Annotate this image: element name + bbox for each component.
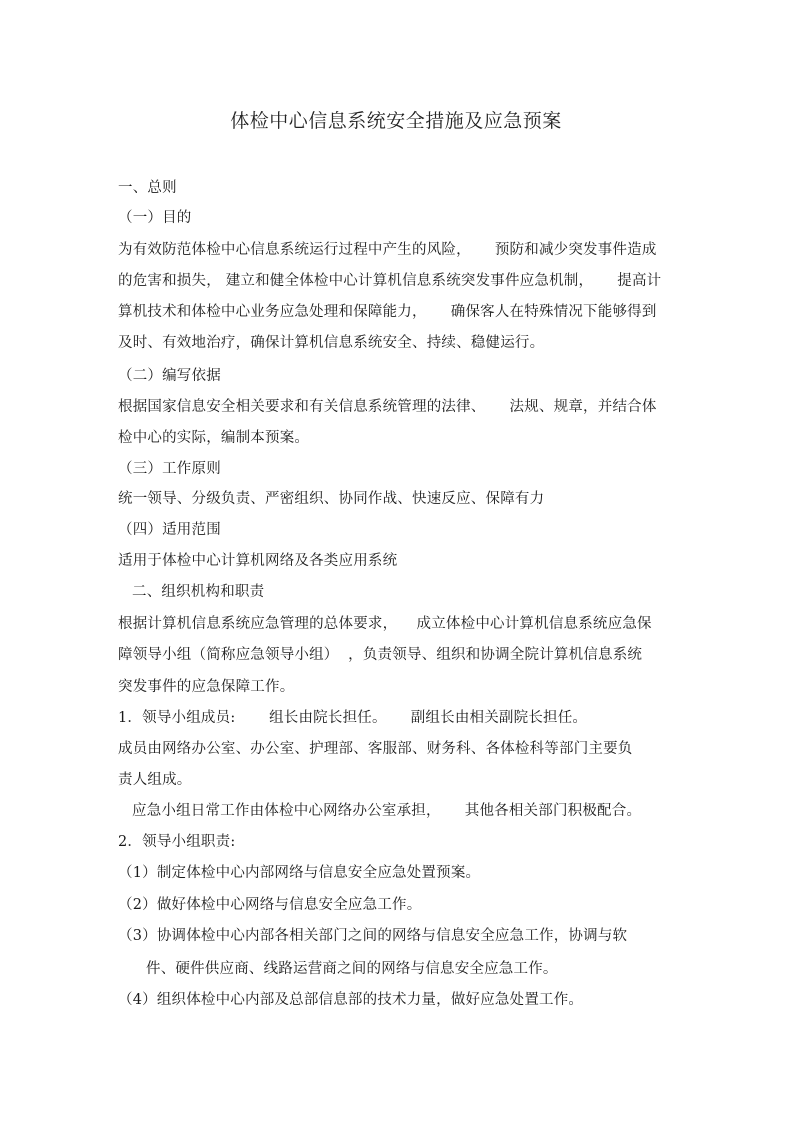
text-line: 二、组织机构和职责: [132, 582, 264, 602]
text-line: 障领导小组（简称应急领导小组） ，负责领导、组织和协调全院计算机信息系统: [118, 645, 642, 665]
document-title: 体检中心信息系统安全措施及应急预案: [0, 108, 792, 134]
text-line: 2．领导小组职责:: [118, 832, 235, 852]
text-line: 适用于体检中心计算机网络及各类应用系统: [118, 551, 397, 571]
text-line: 为有效防范体检中心信息系统运行过程中产生的风险， 预防和减少突发事件造成: [118, 240, 657, 260]
text-line: 成员由网络办公室、办公室、护理部、客服部、财务科、各体检科等部门主要负: [118, 739, 633, 759]
text-line: 及时、有效地治疗，确保计算机信息系统安全、持续、稳健运行。: [118, 333, 544, 353]
text-line: 算机技术和体检中心业务应急处理和保障能力， 确保客人在特殊情况下能够得到: [118, 302, 657, 322]
text-line: 责人组成。: [118, 770, 192, 790]
text-line: 检中心的实际，编制本预案。: [118, 428, 309, 448]
text-line: 的危害和损失， 建立和健全体检中心计算机信息系统突发事件应急机制， 提高计: [118, 271, 661, 291]
text-line: （2）做好体检中心网络与信息安全应急工作。: [118, 895, 421, 915]
text-line: 根据计算机信息系统应急管理的总体要求， 成立体检中心计算机信息系统应急保: [118, 614, 652, 634]
text-line: 一、总则: [118, 178, 177, 198]
text-line: （二）编写依据: [118, 366, 221, 386]
text-line: 统一领导、分级负责、严密组织、协同作战、快速反应、保障有力: [118, 489, 544, 509]
text-line: （4）组织体检中心内部及总部信息部的技术力量，做好应急处置工作。: [118, 990, 583, 1010]
text-line: （四）适用范围: [118, 520, 221, 540]
text-line: 根据国家信息安全相关要求和有关信息系统管理的法律、 法规、规章，并结合体: [118, 397, 657, 417]
text-line: （1）制定体检中心内部网络与信息安全应急处置预案。: [118, 863, 480, 883]
text-line: 件、硬件供应商、线路运营商之间的网络与信息安全应急工作。: [146, 959, 558, 979]
text-line: （一）目的: [118, 208, 192, 228]
text-line: 1．领导小组成员: 组长由院长担任。 副组长由相关副院长担任。: [118, 708, 587, 728]
text-line: 突发事件的应急保障工作。: [118, 677, 294, 697]
document-page: 体检中心信息系统安全措施及应急预案 一、总则（一）目的为有效防范体检中心信息系统…: [0, 0, 792, 1122]
text-line: （三）工作原则: [118, 459, 221, 479]
text-line: （3）协调体检中心内部各相关部门之间的网络与信息安全应急工作，协调与软: [118, 926, 627, 946]
text-line: 应急小组日常工作由体检中心网络办公室承担， 其他各相关部门积极配合。: [132, 801, 641, 821]
